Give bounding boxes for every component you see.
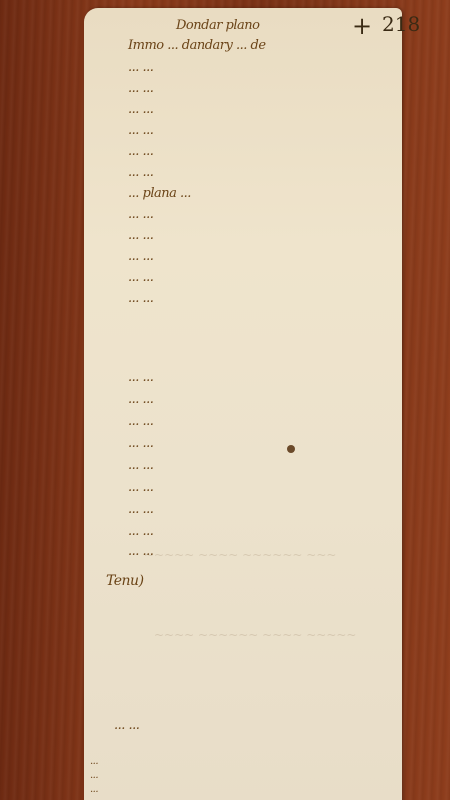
margin-note: ... bbox=[90, 770, 98, 781]
heading: Dondar plano bbox=[176, 18, 259, 33]
text-line: ... ... bbox=[128, 524, 153, 539]
text-line: ... ... bbox=[128, 414, 153, 429]
text-line: ... ... bbox=[128, 81, 153, 96]
text-line: ... ... bbox=[128, 458, 153, 473]
text-line: ... ... bbox=[128, 480, 153, 495]
text-line: ... ... bbox=[128, 60, 153, 75]
cross-mark: + bbox=[352, 12, 372, 40]
short-note: Tenu) bbox=[106, 573, 144, 589]
text-line: ... plana ... bbox=[128, 186, 191, 201]
folio-number: 218 bbox=[382, 12, 420, 36]
text-line: ... ... bbox=[128, 102, 153, 117]
bleed-through-text: ~~~~ ~~~~~~ ~~~~ ~~~~~ bbox=[154, 628, 356, 642]
margin-note: ... bbox=[90, 784, 98, 795]
text-line: ... ... bbox=[128, 228, 153, 243]
text-line: ... ... bbox=[128, 144, 153, 159]
text-line: ... ... bbox=[128, 436, 153, 451]
margin-note: ... bbox=[90, 756, 98, 767]
text-line: Immo ... dandary ... de bbox=[128, 38, 266, 53]
text-line: ... ... bbox=[128, 123, 153, 138]
signature: ... ... bbox=[114, 718, 139, 733]
paper-hole bbox=[287, 445, 295, 453]
text-line: ... ... bbox=[128, 270, 153, 285]
manuscript-page: + 218 Dondar plano Immo ... dandary ... … bbox=[84, 8, 402, 800]
text-line: ... ... bbox=[128, 370, 153, 385]
text-line: ... ... bbox=[128, 165, 153, 180]
text-line: ... ... bbox=[128, 392, 153, 407]
text-line: ... ... bbox=[128, 291, 153, 306]
text-line: ... ... bbox=[128, 502, 153, 517]
text-line: ... ... bbox=[128, 207, 153, 222]
bleed-through-text: ~~~~~ ~~~~ ~~~~~~ ~~~ bbox=[144, 548, 336, 562]
text-line: ... ... bbox=[128, 249, 153, 264]
